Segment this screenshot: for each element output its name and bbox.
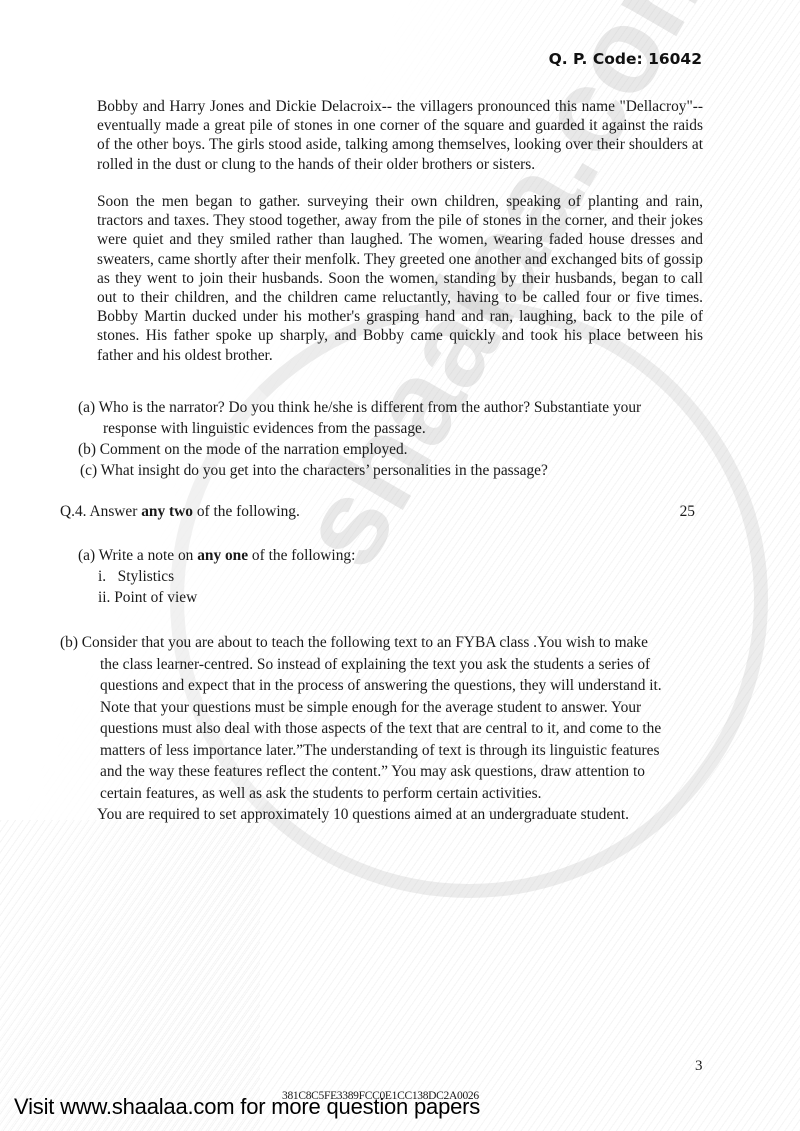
q3-question-b: (b) Comment on the mode of the narration… <box>78 439 718 460</box>
q3-question-a-continued: response with linguistic evidences from … <box>78 418 718 439</box>
passage-paragraph-1: Bobby and Harry Jones and Dickie Delacro… <box>97 97 703 174</box>
page-number: 3 <box>695 1058 703 1075</box>
q4-part-b-final-instruction: You are required to set approximately 10… <box>60 804 720 826</box>
q4-part-b-line: (b) Consider that you are about to teach… <box>60 632 720 654</box>
q4-part-a-option-2: ii. Point of view <box>78 587 355 608</box>
passage-paragraph-2: Soon the men began to gather. surveying … <box>97 192 703 365</box>
q4-part-b-line: matters of less importance later.”The un… <box>60 740 720 762</box>
q4-part-b: (b) Consider that you are about to teach… <box>60 632 720 826</box>
background-microtext-pattern-left <box>0 820 260 1131</box>
footer-visit-link[interactable]: Visit www.shaalaa.com for more question … <box>14 1094 480 1120</box>
q4-heading: Q.4. Answer any two of the following. 25 <box>60 503 695 521</box>
q4-part-b-line: and the way these features reflect the c… <box>60 761 720 783</box>
question-paper-code: Q. P. Code: 16042 <box>549 50 702 68</box>
q4-instruction: Q.4. Answer any two of the following. <box>60 503 300 521</box>
q4-part-b-line: the class learner-centred. So instead of… <box>60 654 720 676</box>
q4-part-b-line: questions must also deal with those aspe… <box>60 718 720 740</box>
q4-part-b-line: certain features, as well as ask the stu… <box>60 783 720 805</box>
q4-part-a-option-1: i. Stylistics <box>78 566 355 587</box>
q4-marks: 25 <box>680 503 695 521</box>
q3-question-list: (a) Who is the narrator? Do you think he… <box>78 397 718 481</box>
q4-part-b-line: Note that your questions must be simple … <box>60 697 720 719</box>
q4-part-b-line: questions and expect that in the process… <box>60 675 720 697</box>
q3-question-c: (c) What insight do you get into the cha… <box>78 460 718 481</box>
q4-part-a-prompt: (a) Write a note on any one of the follo… <box>78 545 355 566</box>
q3-question-a: (a) Who is the narrator? Do you think he… <box>78 397 718 418</box>
q4-part-a: (a) Write a note on any one of the follo… <box>78 545 355 608</box>
